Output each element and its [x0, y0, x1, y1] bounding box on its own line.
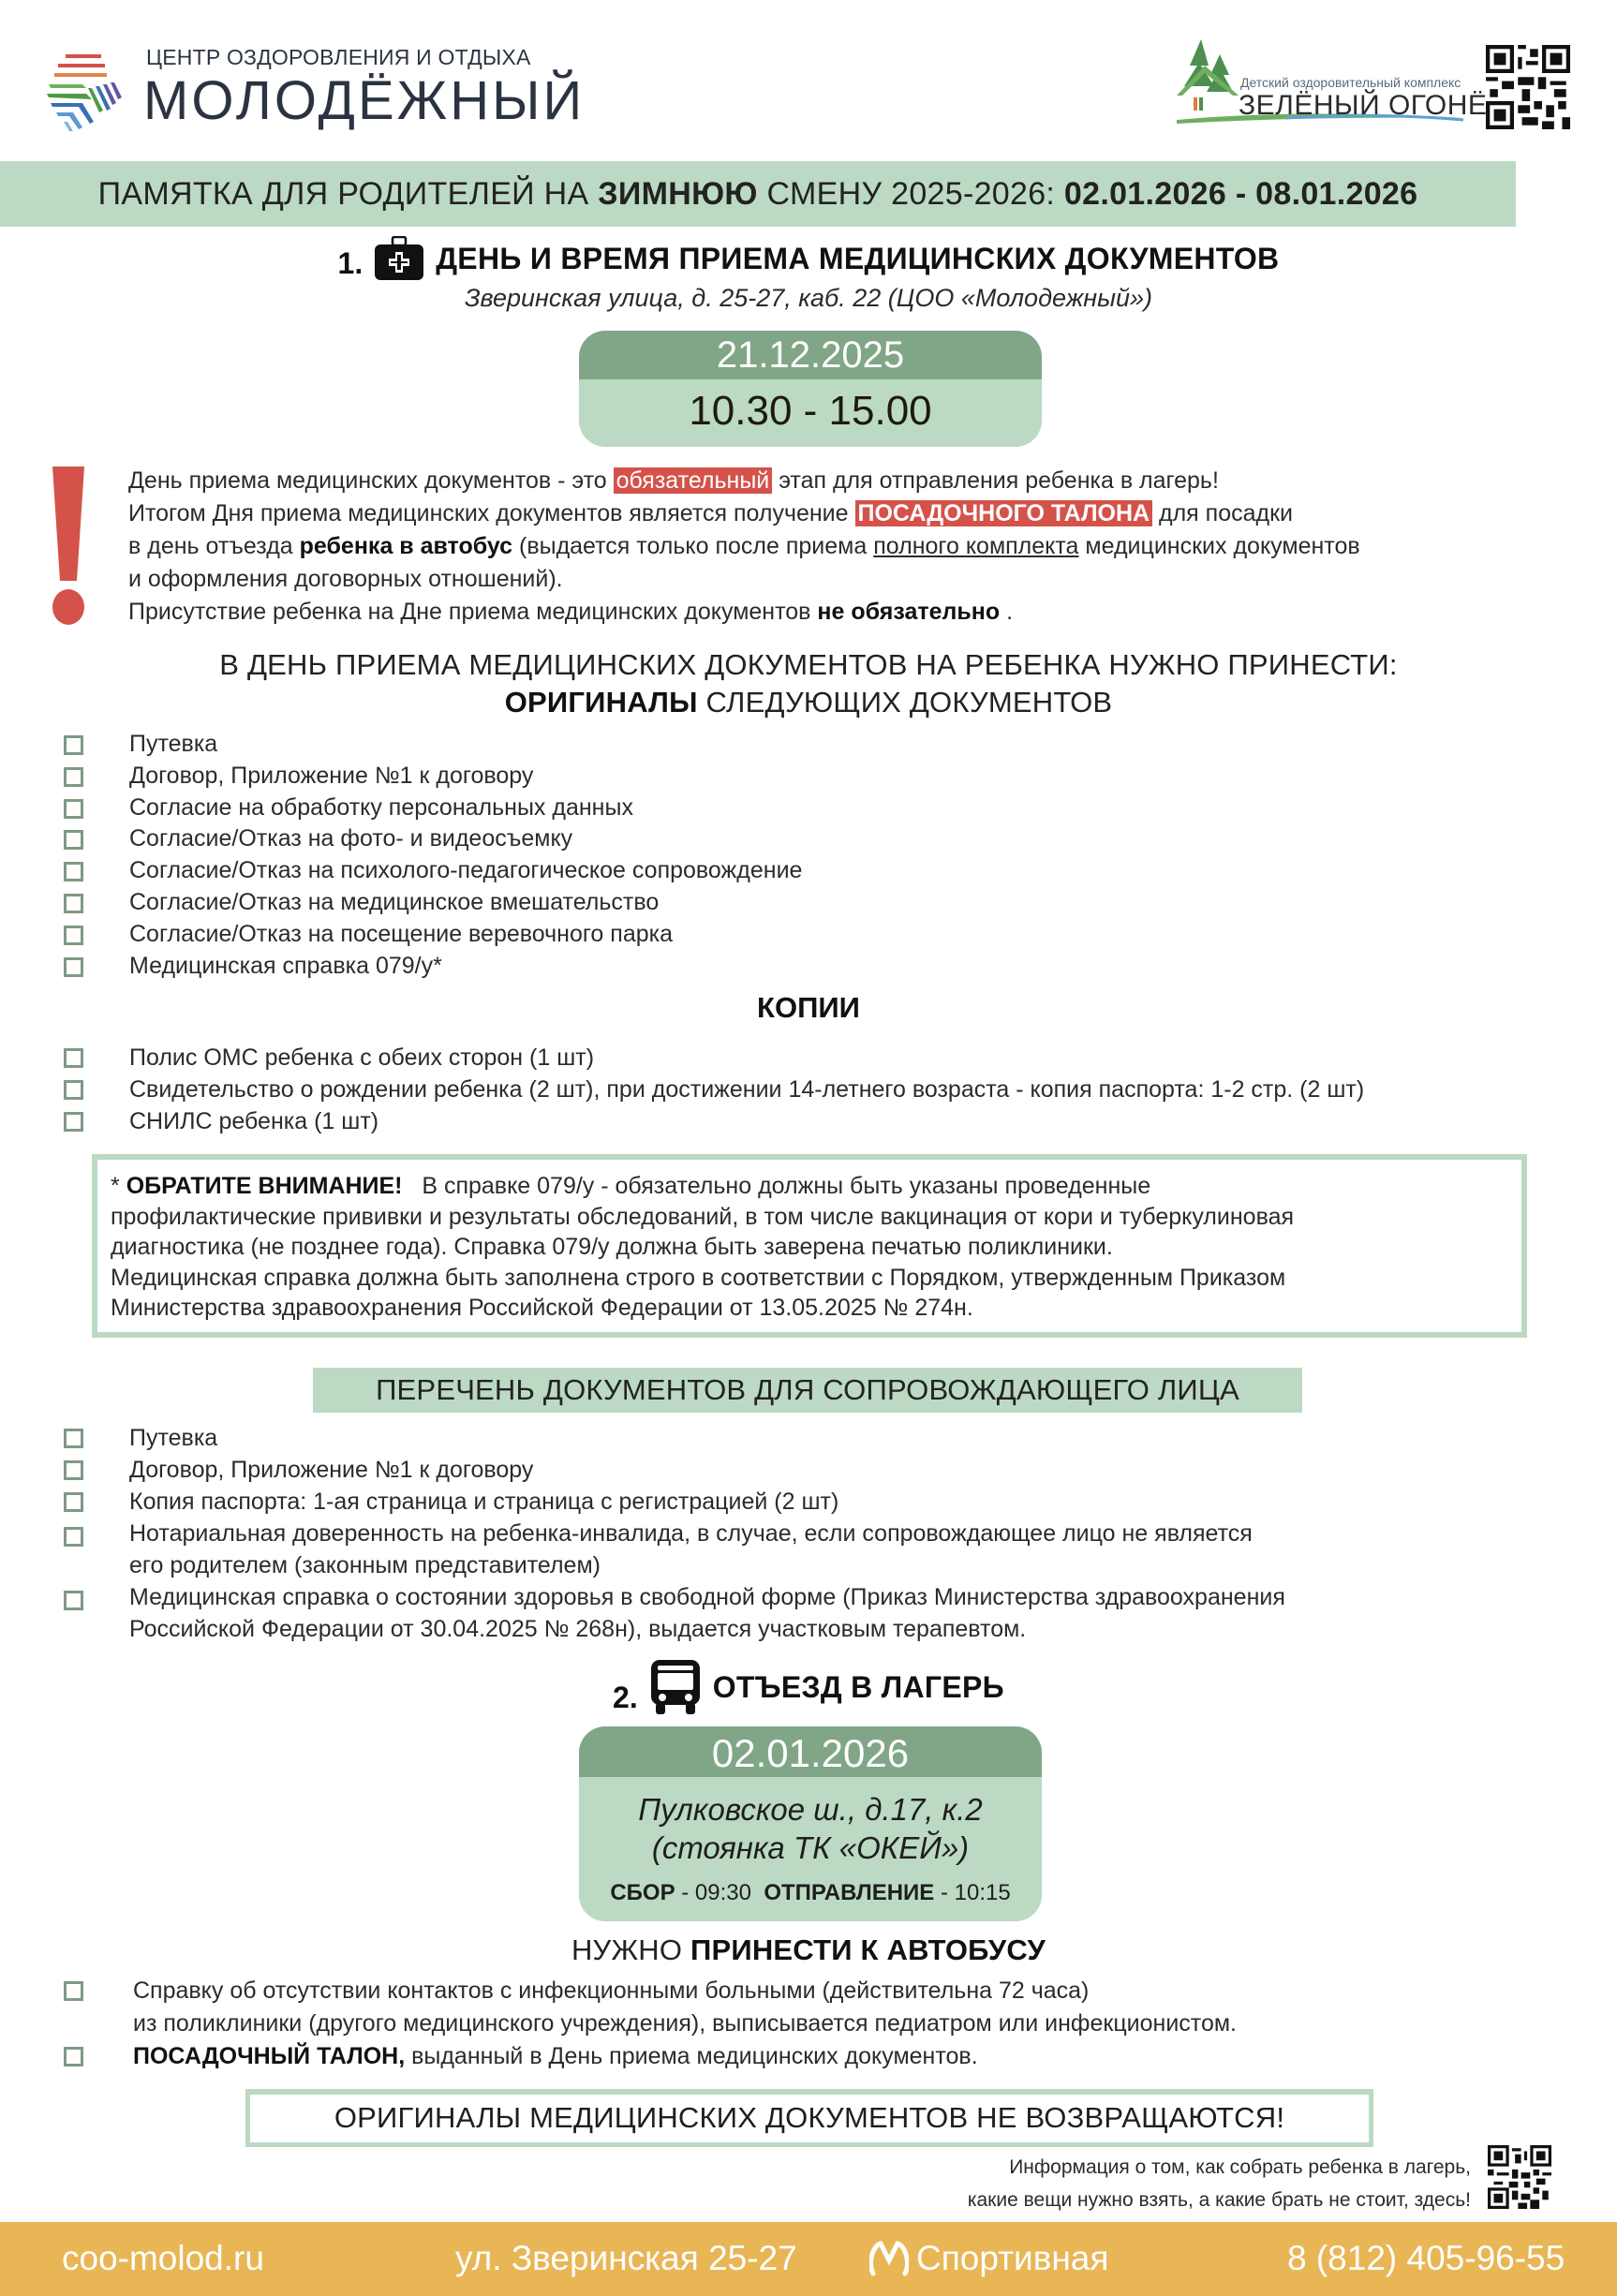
org-name: МОЛОДЁЖНЫЙ	[143, 73, 585, 129]
checklist-item: Полис ОМС ребенка с обеих сторон (1 шт)	[64, 1042, 1581, 1074]
checkbox[interactable]	[64, 1492, 83, 1512]
footer-address: ул. Зверинская 25-27	[455, 2239, 797, 2278]
metro-icon	[869, 2240, 909, 2277]
exclamation-icon	[47, 467, 90, 626]
checklist-item: Медицинская справка 079/у*	[64, 951, 1563, 983]
checklist-item: Согласие/Отказ на психолого-педагогическ…	[64, 855, 1563, 887]
documents-needed-heading: В ДЕНЬ ПРИЕМА МЕДИЦИНСКИХ ДОКУМЕНТОВ НА …	[0, 646, 1617, 721]
reception-datetime-box: 21.12.2025 10.30 - 15.00	[579, 331, 1042, 447]
checklist-item: Согласие на обработку персональных данны…	[64, 792, 1563, 824]
checkbox[interactable]	[64, 1460, 83, 1480]
checklist-item: Путевка	[64, 1422, 1563, 1454]
warning-text: День приема медицинских документов - это…	[128, 465, 1590, 629]
page-title: ПАМЯТКА ДЛЯ РОДИТЕЛЕЙ НА ЗИМНЮЮ СМЕНУ 20…	[98, 176, 1418, 213]
checkbox[interactable]	[64, 1112, 83, 1132]
bring-to-bus-heading: НУЖНО ПРИНЕСТИ К АВТОБУСУ	[0, 1933, 1617, 1967]
checkbox[interactable]	[64, 1429, 83, 1448]
checklist-item: ПОСАДОЧНЫЙ ТАЛОН, выданный в День приема…	[64, 2040, 1563, 2073]
checklist-item: Согласие/Отказ на посещение веревочного …	[64, 919, 1563, 951]
accompanying-heading: ПЕРЕЧЕНЬ ДОКУМЕНТОВ ДЛЯ СОПРОВОЖДАЮЩЕГО …	[313, 1368, 1302, 1413]
attention-note: * ОБРАТИТЕ ВНИМАНИЕ! В справке 079/у - о…	[92, 1154, 1527, 1338]
checkbox[interactable]	[64, 830, 83, 850]
section-number: 1.	[338, 246, 363, 281]
checklist-item: Нотариальная доверенность на ребенка-инв…	[64, 1518, 1563, 1581]
originals-checklist: Путевка Договор, Приложение №1 к договор…	[64, 729, 1563, 982]
checkbox[interactable]	[64, 2047, 83, 2066]
phone-number[interactable]: 8 (812) 405-96-55	[1287, 2239, 1565, 2278]
partner-logo: Детский оздоровительный комплекс ЗЕЛЁНЫЙ…	[1173, 37, 1473, 131]
checklist-item: Справку об отсутствии контактов с инфекц…	[64, 1975, 1563, 2040]
checklist-item: Договор, Приложение №1 к договору	[64, 761, 1563, 792]
checkbox[interactable]	[64, 1048, 83, 1068]
footer: coo-molod.ru ул. Зверинская 25-27 Спорти…	[0, 2222, 1617, 2296]
departure-box: 02.01.2026 Пулковское ш., д.17, к.2 (сто…	[579, 1726, 1042, 1921]
bus-checklist: Справку об отсутствии контактов с инфекц…	[64, 1975, 1563, 2073]
org-subtitle: ЦЕНТР ОЗДОРОВЛЕНИЯ И ОТДЫХА	[146, 45, 531, 70]
section-2-title: ОТЪЕЗД В ЛАГЕРЬ	[713, 1670, 1004, 1705]
section-1-title: ДЕНЬ И ВРЕМЯ ПРИЕМА МЕДИЦИНСКИХ ДОКУМЕНТ…	[436, 242, 1279, 276]
title-band: ПАМЯТКА ДЛЯ РОДИТЕЛЕЙ НА ЗИМНЮЮ СМЕНУ 20…	[0, 161, 1516, 227]
packing-info-text: Информация о том, как собрать ребенка в …	[968, 2151, 1471, 2216]
section-2-heading: 2. ОТЪЕЗД В ЛАГЕРЬ	[0, 1656, 1617, 1718]
departure-address: Пулковское ш., д.17, к.2 (стоянка ТК «ОК…	[579, 1790, 1042, 1867]
departure-date: 02.01.2026	[579, 1726, 1042, 1777]
website-link[interactable]: coo-molod.ru	[62, 2239, 264, 2278]
reception-time: 10.30 - 15.00	[579, 379, 1042, 447]
checkbox[interactable]	[64, 1527, 83, 1547]
checklist-item: Согласие/Отказ на фото- и видеосъемку	[64, 823, 1563, 855]
partner-name: ЗЕЛЁНЫЙ ОГОНЁК	[1239, 90, 1504, 122]
checkbox[interactable]	[64, 926, 83, 945]
checkbox[interactable]	[64, 862, 83, 881]
checklist-item: Свидетельство о рождении ребенка (2 шт),…	[64, 1074, 1581, 1105]
checkbox[interactable]	[64, 1591, 83, 1610]
section-number: 2.	[613, 1681, 638, 1715]
partner-subtitle: Детский оздоровительный комплекс	[1240, 75, 1461, 90]
checkbox[interactable]	[64, 1981, 83, 2001]
checklist-item: Договор, Приложение №1 к договору	[64, 1454, 1563, 1486]
checkbox[interactable]	[64, 894, 83, 913]
medical-kit-icon	[374, 236, 424, 281]
qr-code-icon[interactable]	[1488, 2145, 1551, 2209]
checklist-item: СНИЛС ребенка (1 шт)	[64, 1105, 1581, 1137]
checklist-item: Согласие/Отказ на медицинское вмешательс…	[64, 887, 1563, 919]
bus-icon	[649, 1658, 702, 1716]
not-returned-notice: ОРИГИНАЛЫ МЕДИЦИНСКИХ ДОКУМЕНТОВ НЕ ВОЗВ…	[245, 2089, 1373, 2147]
qr-code-icon[interactable]	[1486, 45, 1570, 129]
checkbox[interactable]	[64, 957, 83, 977]
checkbox[interactable]	[64, 735, 83, 755]
accompanying-checklist: Путевка Договор, Приложение №1 к договор…	[64, 1422, 1563, 1645]
checkbox[interactable]	[64, 767, 83, 787]
checklist-item: Путевка	[64, 729, 1563, 761]
reception-address: Зверинская улица, д. 25-27, каб. 22 (ЦОО…	[0, 284, 1617, 313]
checkbox[interactable]	[64, 799, 83, 819]
copies-checklist: Полис ОМС ребенка с обеих сторон (1 шт) …	[64, 1042, 1581, 1137]
checkbox[interactable]	[64, 1080, 83, 1100]
checklist-item: Медицинская справка о состоянии здоровья…	[64, 1581, 1563, 1645]
checklist-item: Копия паспорта: 1-ая страница и страница…	[64, 1486, 1563, 1518]
metro-station: Спортивная	[869, 2239, 1108, 2278]
org-logo: ЦЕНТР ОЗДОРОВЛЕНИЯ И ОТДЫХА МОЛОДЁЖНЫЙ	[45, 43, 551, 137]
section-1-heading: 1. ДЕНЬ И ВРЕМЯ ПРИЕМА МЕДИЦИНСКИХ ДОКУМ…	[0, 234, 1617, 283]
departure-times: СБОР - 09:30 ОТПРАВЛЕНИЕ - 10:15	[579, 1880, 1042, 1906]
copies-heading: КОПИИ	[0, 991, 1617, 1025]
org-logo-mark-icon	[45, 51, 139, 135]
reception-date: 21.12.2025	[579, 331, 1042, 379]
